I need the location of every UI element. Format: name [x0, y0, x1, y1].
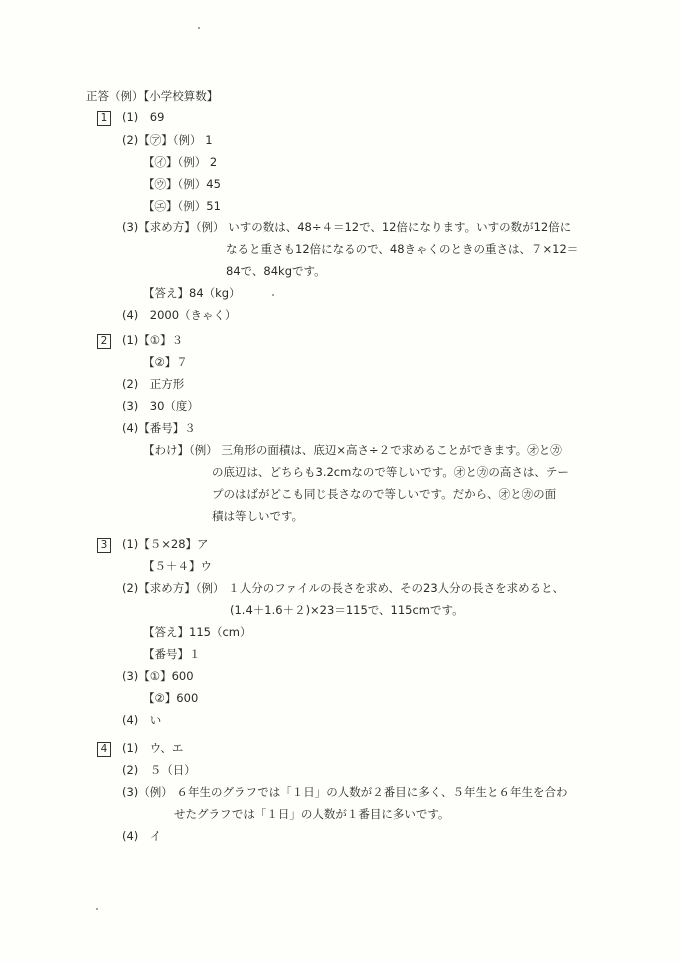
- answer-line: 【②】７: [143, 354, 188, 370]
- scan-speck: [198, 27, 200, 29]
- answer-line: (1.4＋1.6＋２)×23＝115で、115cmです。: [230, 602, 464, 618]
- answer-line: (2)【求め方】（例） １人分のファイルの長さを求め、その23人分の長さを求める…: [122, 580, 564, 596]
- answer-line: 積は等しいです。: [212, 508, 303, 524]
- section-number-2: 2: [97, 334, 111, 349]
- answer-line: (3) 30（度）: [122, 398, 199, 414]
- answer-line: (3)（例） ６年生のグラフでは「１日」の人数が２番目に多く、５年生と６年生を合…: [122, 784, 568, 800]
- section-number-1: 1: [97, 111, 111, 126]
- answer-line: (3)【①】600: [122, 668, 194, 684]
- document-title: 正答（例）【小学校算数】: [86, 88, 218, 104]
- answer-line: 【番号】１: [143, 646, 201, 662]
- answer-line: 【㋓】（例）51: [143, 198, 221, 214]
- answer-line: (4)【番号】３: [122, 420, 196, 436]
- answer-line: (1)【①】３: [122, 332, 183, 348]
- answer-line: の底辺は、どちらも3.2cmなので等しいです。㋔と㋕の高さは、テー: [212, 464, 569, 480]
- answer-line: せたグラフでは「１日」の人数が１番目に多いです。: [174, 806, 449, 822]
- scan-speck: [96, 908, 98, 910]
- answer-line: 【㋒】（例）45: [143, 176, 221, 192]
- answer-line: (1)【５×28】ア: [122, 536, 209, 552]
- scan-speck: [272, 294, 274, 296]
- answer-line: (1) ウ、エ: [122, 740, 183, 756]
- answer-line: (2)【㋐】（例） 1: [122, 132, 213, 148]
- answer-line: (4) 2000（きゃく）: [122, 307, 237, 323]
- answer-line: 84で、84kgです。: [226, 263, 326, 279]
- answer-line: なると重さも12倍になるので、48きゃくのときの重さは、７×12＝: [226, 241, 578, 257]
- answer-line: (2) ５（日）: [122, 762, 196, 778]
- answer-line: 【㋑】（例） 2: [143, 154, 217, 170]
- answer-line: 【答え】84（kg）: [143, 285, 241, 301]
- answer-line: (4) い: [122, 712, 161, 728]
- answer-line: 【５＋４】ウ: [143, 558, 212, 574]
- answer-line: 【②】600: [143, 690, 198, 706]
- section-number-3: 3: [97, 538, 111, 553]
- answer-line: プのはばがどこも同じ長さなので等しいです。だから、㋔と㋕の面: [212, 486, 556, 502]
- section-number-4: 4: [97, 742, 111, 757]
- answer-line: (2) 正方形: [122, 376, 184, 392]
- answer-line: (1) 69: [122, 109, 164, 125]
- answer-line: 【答え】115（cm）: [143, 624, 251, 640]
- answer-line: 【わけ】（例） 三角形の面積は、底辺×高さ÷２で求めることができます。㋔と㋕: [143, 442, 562, 458]
- answer-line: (3)【求め方】（例） いすの数は、48÷４＝12で、12倍になります。いすの数…: [122, 219, 571, 235]
- answer-line: (4) イ: [122, 828, 161, 844]
